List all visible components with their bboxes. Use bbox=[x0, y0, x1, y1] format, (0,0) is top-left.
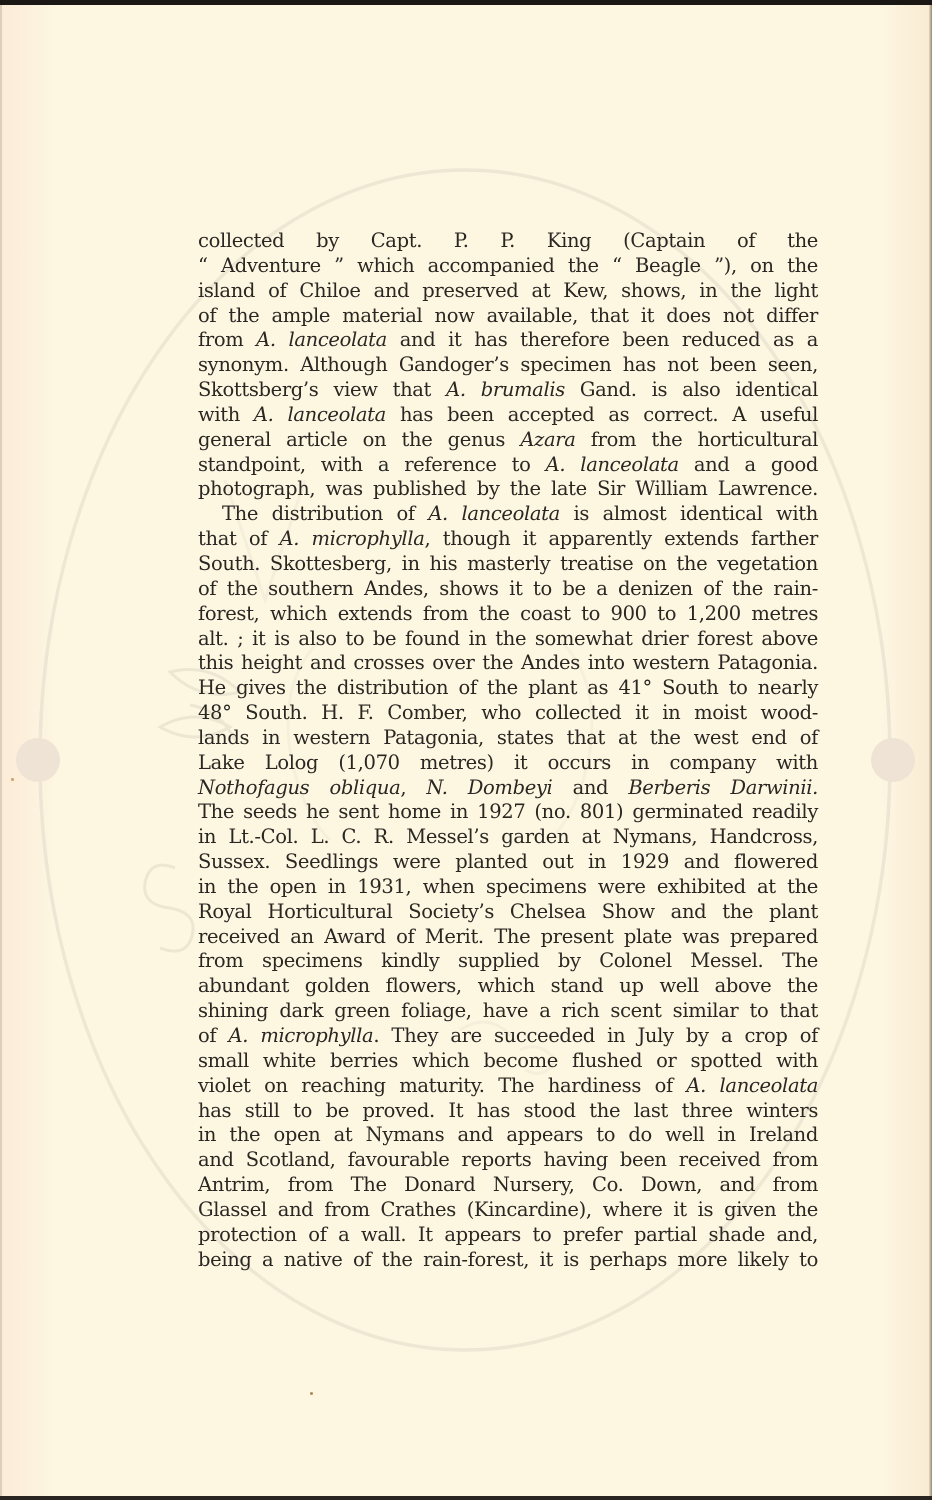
text-run: Gand. is also identical bbox=[565, 378, 818, 401]
text-line: from specimens kindly supplied by Colone… bbox=[198, 949, 818, 974]
text-run: of the ample material now available, tha… bbox=[198, 304, 818, 327]
text-run: shining dark green foliage, have a rich … bbox=[198, 999, 818, 1022]
text-run: synonym. Although Gandoger’s specimen ha… bbox=[198, 353, 818, 376]
paper-tint-left bbox=[0, 0, 60, 1500]
text-line: abundant golden flowers, which stand up … bbox=[198, 974, 818, 999]
text-line: The seeds he sent home in 1927 (no. 801)… bbox=[198, 800, 818, 825]
text-run: from specimens kindly supplied by Colone… bbox=[198, 949, 818, 972]
page-edge-left bbox=[0, 0, 2, 1500]
text-line: has still to be proved. It has stood the… bbox=[198, 1099, 818, 1124]
text-line: from A. lanceolata and it has therefore … bbox=[198, 328, 818, 353]
text-run: forest, which extends from the coast to … bbox=[198, 602, 818, 625]
text-run: protection of a wall. It appears to pref… bbox=[198, 1223, 818, 1246]
text-run: has been accepted as correct. A useful bbox=[386, 403, 818, 426]
text-line: of the southern Andes, shows it to be a … bbox=[198, 577, 818, 602]
text-run: Skottsberg’s view that bbox=[198, 378, 446, 401]
text-line: that of A. microphylla, though it appare… bbox=[198, 527, 818, 552]
text-run: and bbox=[552, 776, 628, 799]
text-line: in the open at Nymans and appears to do … bbox=[198, 1123, 818, 1148]
text-line: Glassel and from Crathes (Kincardine), w… bbox=[198, 1198, 818, 1223]
text-line: Lake Lolog (1,070 metres) it occurs in c… bbox=[198, 751, 818, 776]
text-line: Antrim, from The Donard Nursery, Co. Dow… bbox=[198, 1173, 818, 1198]
text-run: and it has therefore been reduced as a bbox=[387, 328, 818, 351]
italic-taxon: A. lanceolata bbox=[428, 502, 560, 525]
text-run: “ Adventure ” which accompanied the “ Be… bbox=[198, 254, 818, 277]
paragraph: The distribution of A. lanceolata is alm… bbox=[198, 502, 818, 1272]
text-run: violet on reaching maturity. The hardine… bbox=[198, 1074, 686, 1097]
text-run: island of Chiloe and preserved at Kew, s… bbox=[198, 279, 818, 302]
text-run: alt. ; it is also to be found in the som… bbox=[198, 627, 818, 650]
text-run: received an Award of Merit. The present … bbox=[198, 925, 818, 948]
italic-taxon: A. lanceolata bbox=[256, 328, 387, 351]
text-line: Skottsberg’s view that A. brumalis Gand.… bbox=[198, 378, 818, 403]
text-line: being a native of the rain-forest, it is… bbox=[198, 1248, 818, 1273]
text-run: Antrim, from The Donard Nursery, Co. Dow… bbox=[198, 1173, 818, 1196]
text-run: small white berries which become flushed… bbox=[198, 1049, 818, 1072]
text-line: of A. microphylla. They are succeeded in… bbox=[198, 1024, 818, 1049]
text-run: from the horticultural bbox=[576, 428, 818, 451]
text-run: Sussex. Seedlings were planted out in 19… bbox=[198, 850, 818, 873]
text-line: with A. lanceolata has been accepted as … bbox=[198, 403, 818, 428]
text-line: Sussex. Seedlings were planted out in 19… bbox=[198, 850, 818, 875]
text-line: violet on reaching maturity. The hardine… bbox=[198, 1074, 818, 1099]
text-run: , though it apparently extends farther bbox=[425, 527, 819, 550]
page-edge-bottom bbox=[0, 1496, 932, 1500]
text-run: The distribution of bbox=[222, 502, 428, 525]
text-run: that of bbox=[198, 527, 280, 550]
text-run: in the open at Nymans and appears to do … bbox=[198, 1123, 818, 1146]
text-line: 48° South. H. F. Comber, who collected i… bbox=[198, 701, 818, 726]
text-run: and a good bbox=[679, 453, 818, 476]
text-line: of the ample material now available, tha… bbox=[198, 304, 818, 329]
text-line: South. Skottesberg, in his masterly trea… bbox=[198, 552, 818, 577]
text-run: lands in western Patagonia, states that … bbox=[198, 726, 818, 749]
text-run: in the open in 1931, when specimens were… bbox=[198, 875, 818, 898]
italic-taxon: Nothofagus obliqua bbox=[198, 776, 400, 799]
text-line: He gives the distribution of the plant a… bbox=[198, 676, 818, 701]
text-line: protection of a wall. It appears to pref… bbox=[198, 1223, 818, 1248]
text-run: general article on the genus bbox=[198, 428, 520, 451]
text-run: standpoint, with a reference to bbox=[198, 453, 546, 476]
text-line: collected by Capt. P. P. King (Captain o… bbox=[198, 229, 818, 254]
text-line: standpoint, with a reference to A. lance… bbox=[198, 453, 818, 478]
text-run: collected by Capt. P. P. King (Captain o… bbox=[198, 229, 818, 252]
text-run: has still to be proved. It has stood the… bbox=[198, 1099, 818, 1122]
text-line: alt. ; it is also to be found in the som… bbox=[198, 627, 818, 652]
paper-tint-right bbox=[879, 0, 929, 1500]
italic-taxon: A. microphylla bbox=[229, 1024, 374, 1047]
italic-taxon: A. lanceolata bbox=[254, 403, 386, 426]
text-run: Lake Lolog (1,070 metres) it occurs in c… bbox=[198, 751, 818, 774]
text-run: with bbox=[198, 403, 254, 426]
text-line: photograph, was published by the late Si… bbox=[198, 477, 818, 502]
text-line: general article on the genus Azara from … bbox=[198, 428, 818, 453]
text-run: South. Skottesberg, in his masterly trea… bbox=[198, 552, 818, 575]
text-run: He gives the distribution of the plant a… bbox=[198, 676, 818, 699]
text-line: received an Award of Merit. The present … bbox=[198, 925, 818, 950]
text-run: in Lt.-Col. L. C. R. Messel’s garden at … bbox=[198, 825, 818, 848]
text-run: The seeds he sent home in 1927 (no. 801)… bbox=[198, 800, 818, 823]
text-run: of the southern Andes, shows it to be a … bbox=[198, 577, 818, 600]
text-run: Glassel and from Crathes (Kincardine), w… bbox=[198, 1198, 818, 1221]
text-run: Royal Horticultural Society’s Chelsea Sh… bbox=[198, 900, 818, 923]
text-run: and Scotland, favourable reports having … bbox=[198, 1148, 818, 1171]
text-run: this height and crosses over the Andes i… bbox=[198, 651, 818, 674]
italic-taxon: N. Dombeyi bbox=[426, 776, 552, 799]
italic-taxon: A. lanceolata bbox=[546, 453, 679, 476]
text-line: in the open in 1931, when specimens were… bbox=[198, 875, 818, 900]
text-run: is almost identical with bbox=[560, 502, 818, 525]
text-line: Royal Horticultural Society’s Chelsea Sh… bbox=[198, 900, 818, 925]
document-page: collected by Capt. P. P. King (Captain o… bbox=[0, 0, 932, 1500]
text-line: “ Adventure ” which accompanied the “ Be… bbox=[198, 254, 818, 279]
italic-taxon: Berberis Darwinii. bbox=[628, 776, 818, 799]
italic-taxon: A. lanceolata bbox=[686, 1074, 818, 1097]
text-run: , bbox=[400, 776, 426, 799]
text-line: in Lt.-Col. L. C. R. Messel’s garden at … bbox=[198, 825, 818, 850]
text-line: this height and crosses over the Andes i… bbox=[198, 651, 818, 676]
paper-speck bbox=[11, 778, 14, 781]
text-run: 48° South. H. F. Comber, who collected i… bbox=[198, 701, 818, 724]
body-text: collected by Capt. P. P. King (Captain o… bbox=[198, 229, 818, 1272]
text-run: being a native of the rain-forest, it is… bbox=[198, 1248, 818, 1271]
italic-taxon: A. brumalis bbox=[446, 378, 565, 401]
paper-speck bbox=[310, 1392, 313, 1395]
italic-taxon: Azara bbox=[520, 428, 575, 451]
text-line: The distribution of A. lanceolata is alm… bbox=[198, 502, 818, 527]
text-line: synonym. Although Gandoger’s specimen ha… bbox=[198, 353, 818, 378]
text-run: of bbox=[198, 1024, 229, 1047]
text-line: shining dark green foliage, have a rich … bbox=[198, 999, 818, 1024]
text-run: photograph, was published by the late Si… bbox=[198, 477, 818, 500]
text-run: abundant golden flowers, which stand up … bbox=[198, 974, 818, 997]
text-line: Nothofagus obliqua, N. Dombeyi and Berbe… bbox=[198, 776, 818, 801]
text-run: . They are succeeded in July by a crop o… bbox=[373, 1024, 818, 1047]
text-line: and Scotland, favourable reports having … bbox=[198, 1148, 818, 1173]
italic-taxon: A. microphylla bbox=[280, 527, 425, 550]
page-edge-top bbox=[0, 0, 932, 5]
text-run: from bbox=[198, 328, 256, 351]
text-line: forest, which extends from the coast to … bbox=[198, 602, 818, 627]
paragraph: collected by Capt. P. P. King (Captain o… bbox=[198, 229, 818, 502]
text-line: small white berries which become flushed… bbox=[198, 1049, 818, 1074]
text-line: lands in western Patagonia, states that … bbox=[198, 726, 818, 751]
text-line: island of Chiloe and preserved at Kew, s… bbox=[198, 279, 818, 304]
